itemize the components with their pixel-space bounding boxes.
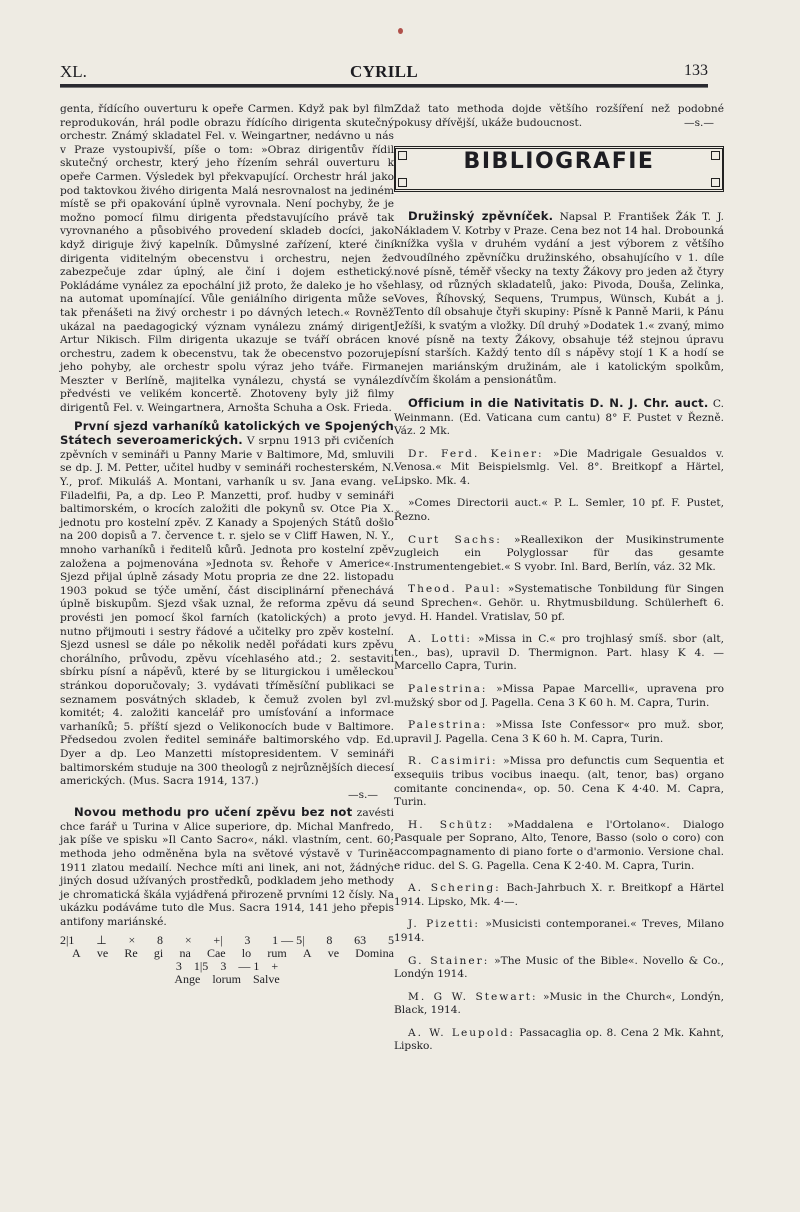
page-mark xyxy=(398,28,403,34)
method-continuation: Zdaž tato methoda dojde většího rozšířen… xyxy=(394,103,724,130)
notation-token: lorum xyxy=(212,973,241,986)
notation-token: gi xyxy=(154,947,163,960)
article-heading: Novou methodu pro učení zpěvu bez not xyxy=(74,805,352,819)
article-signature: —s.— xyxy=(684,117,724,131)
notation-token: × xyxy=(128,934,135,947)
right-column: Zdaž tato methoda dojde většího rozšířen… xyxy=(394,103,724,1063)
notation-token: lo xyxy=(242,947,251,960)
article-body: V srpnu 1913 při cvičeních zpěvních v se… xyxy=(60,435,394,787)
entry-author-title: Curt Sachs: xyxy=(408,534,502,546)
notation-token: 1|5 xyxy=(194,960,208,973)
notation-token: ve xyxy=(328,947,339,960)
notation-token: 1 — 5| xyxy=(272,934,304,947)
bibliography-entry: R. Casimiri: »Missa pro defunctis cum Se… xyxy=(394,755,724,809)
left-column: genta, řídícího ouverturu k opeře Carmen… xyxy=(60,103,394,986)
article-new-method: Novou methodu pro učení zpěvu bez not za… xyxy=(60,806,394,929)
notation-token: Re xyxy=(124,947,137,960)
bibliography-entry: M. G W. Stewart: »Music in the Church«, … xyxy=(394,991,724,1018)
entry-author-title: J. Pizetti: xyxy=(408,918,480,930)
entry-author-title: Officium in die Nativitatis D. N. J. Chr… xyxy=(408,396,709,410)
notation-token: A xyxy=(72,947,81,960)
bibliography-banner: BIBLIOGRAFIE xyxy=(394,146,724,192)
bibliography-entry: A. Lotti: »Missa in C.« pro trojhlasý sm… xyxy=(394,633,724,674)
notation-token: rum xyxy=(267,947,286,960)
bibliography-entry: Officium in die Nativitatis D. N. J. Chr… xyxy=(394,397,724,439)
entry-details: Napsal P. František Žák T. J. Nákladem V… xyxy=(394,211,724,386)
entry-author-title: R. Casimiri: xyxy=(408,755,498,767)
notation-token: 8 xyxy=(326,934,332,947)
notation-token: 63 xyxy=(354,934,366,947)
corner-square-icon xyxy=(398,178,407,187)
article-body: zavésti chce farář u Turina v Alice supe… xyxy=(60,807,394,928)
notation-syllables-row: AngelorumSalve xyxy=(60,973,394,986)
bibliography-entry: H. Schütz: »Maddalena e l'Ortolano«. Dia… xyxy=(394,819,724,873)
entry-author-title: Družinský zpěvníček. xyxy=(408,209,553,223)
bibliography-entry: Palestrina: »Missa Iste Confessor« pro m… xyxy=(394,719,724,746)
corner-square-icon xyxy=(711,178,720,187)
article-signature: —s.— xyxy=(60,789,394,803)
notation-token: ⊥ xyxy=(96,934,106,947)
notation-token: A xyxy=(303,947,312,960)
notation-token: 8 xyxy=(157,934,163,947)
bibliography-entry: G. Stainer: »The Music of the Bible«. No… xyxy=(394,955,724,982)
entry-author-title: A. W. Leupold: xyxy=(408,1027,515,1039)
number-notation-example: 2|1⊥×8×+|31 — 5|8635 AveReginaCaelorumAv… xyxy=(60,934,394,986)
notation-token: 3 xyxy=(220,960,226,973)
notation-token: Ange xyxy=(174,973,200,986)
article-film-continuation: genta, řídícího ouverturu k opeře Carmen… xyxy=(60,103,394,416)
notation-token: Salve xyxy=(253,973,280,986)
bibliography-list: Družinský zpěvníček. Napsal P. František… xyxy=(394,210,724,1054)
entry-author-title: M. G W. Stewart: xyxy=(408,991,538,1003)
notation-token: — 1 xyxy=(238,960,259,973)
entry-author-title: Dr. Ferd. Keiner: xyxy=(408,448,544,460)
notation-token: Cae xyxy=(207,947,226,960)
entry-author-title: Palestrina: xyxy=(408,683,487,695)
notation-numbers-row: 2|1⊥×8×+|31 — 5|8635 xyxy=(60,934,394,947)
header-rule xyxy=(60,84,708,88)
entry-author-title: G. Stainer: xyxy=(408,955,489,967)
bibliography-entry: J. Pizetti: »Musicisti contemporanei.« T… xyxy=(394,918,724,945)
notation-syllables-row: AveReginaCaelorumAveDomina xyxy=(60,947,394,960)
notation-token: +| xyxy=(213,934,222,947)
bibliography-entry: Dr. Ferd. Keiner: »Die Madrigale Gesuald… xyxy=(394,448,724,489)
entry-author-title: Palestrina: xyxy=(408,719,487,731)
notation-token: 3 xyxy=(244,934,250,947)
article-organists-congress: První sjezd varhaníků katolických ve Spo… xyxy=(60,420,394,789)
bibliography-entry: A. Schering: Bach-Jahrbuch X. r. Breitko… xyxy=(394,882,724,909)
notation-token: na xyxy=(179,947,190,960)
entry-author-title: A. Schering: xyxy=(408,882,501,894)
entry-author-title: A. Lotti: xyxy=(408,633,472,645)
notation-token: Domina xyxy=(355,947,394,960)
notation-token: ve xyxy=(97,947,108,960)
notation-token: × xyxy=(185,934,192,947)
section-title: BIBLIOGRAFIE xyxy=(396,155,722,169)
running-header: XL. CYRILL 133 xyxy=(60,62,708,84)
entry-author-title: H. Schütz: xyxy=(408,819,494,831)
bibliography-entry: Družinský zpěvníček. Napsal P. František… xyxy=(394,210,724,388)
bibliography-entry: Curt Sachs: »Reallexikon der Musikinstru… xyxy=(394,534,724,575)
notation-numbers-row: 31|53— 1+ xyxy=(60,960,394,973)
entry-author-title: »Comes Directorii auct.« xyxy=(408,497,548,509)
notation-token: + xyxy=(271,960,278,973)
bibliography-entry: Theod. Paul: »Systematische Tonbildung f… xyxy=(394,583,724,624)
bibliography-entry: Palestrina: »Missa Papae Marcelli«, upra… xyxy=(394,683,724,710)
notation-token: 2|1 xyxy=(60,934,74,947)
entry-author-title: Theod. Paul: xyxy=(408,583,502,595)
journal-title: CYRILL xyxy=(60,62,708,82)
notation-token: 3 xyxy=(176,960,182,973)
bibliography-entry: »Comes Directorii auct.« P. L. Semler, 1… xyxy=(394,497,724,524)
page-number: 133 xyxy=(684,62,708,80)
bibliography-entry: A. W. Leupold: Passacaglia op. 8. Cena 2… xyxy=(394,1027,724,1054)
